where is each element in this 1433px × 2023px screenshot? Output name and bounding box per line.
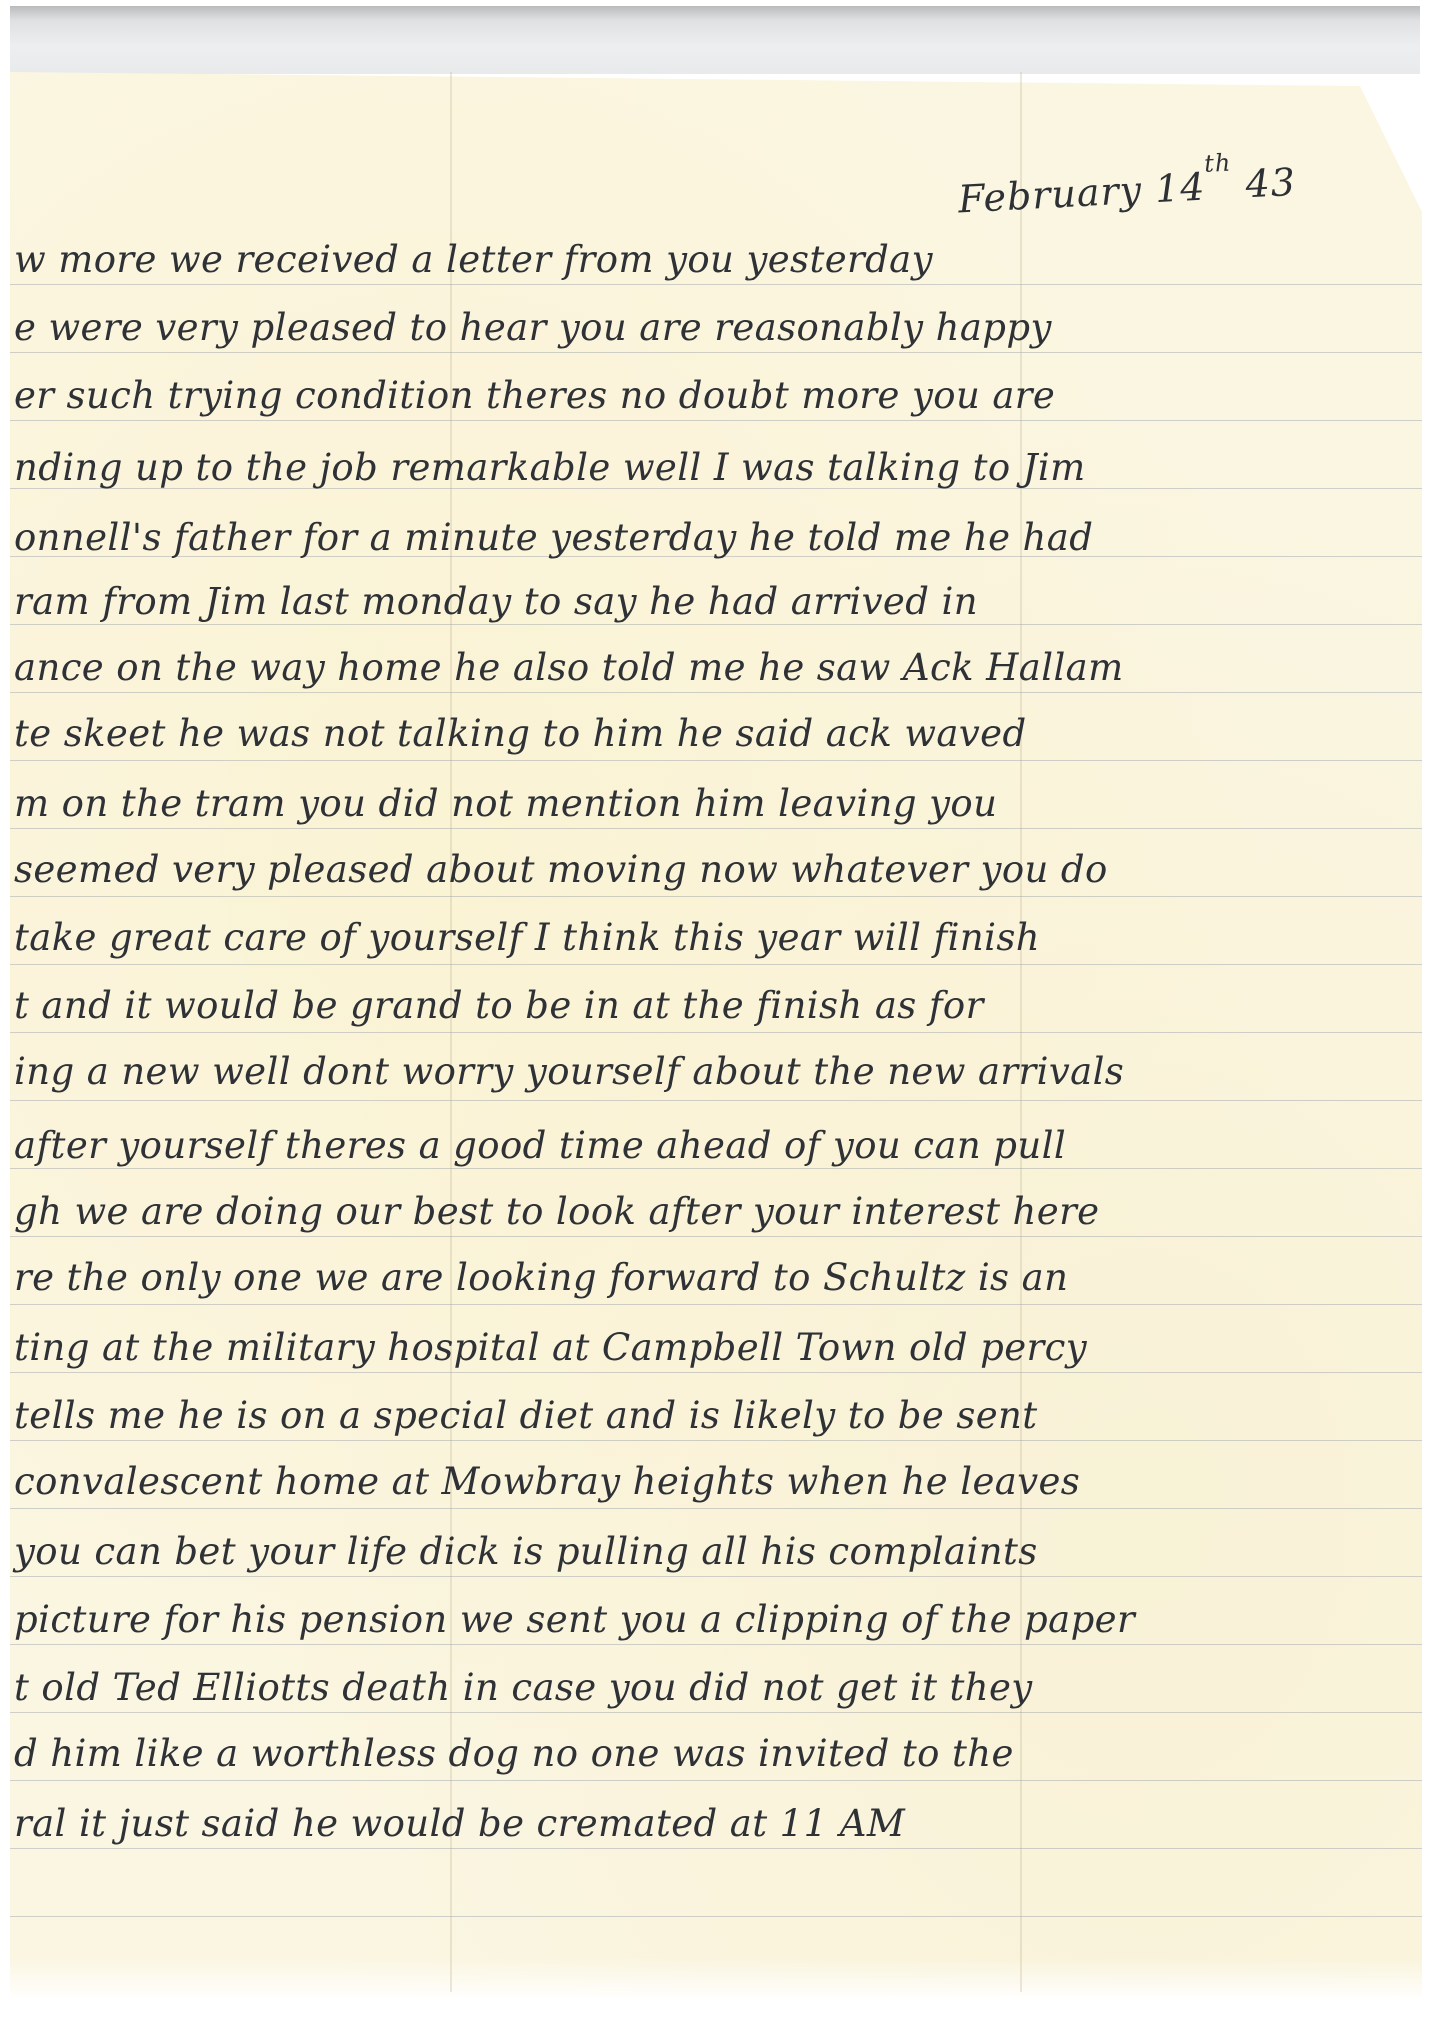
ruled-line [10,1304,1422,1305]
letter-line: seemed very pleased about moving now wha… [14,848,1108,891]
ruled-line [10,1032,1422,1033]
letter-line: m on the tram you did not mention him le… [14,782,997,825]
letter-line: onnell's father for a minute yesterday h… [14,516,1093,559]
ruled-line [10,1576,1422,1577]
ruled-line [10,1372,1422,1373]
letter-line: ram from Jim last monday to say he had a… [14,580,978,623]
ruled-line [10,624,1422,625]
letter-line: er such trying condition theres no doubt… [14,374,1055,417]
ruled-line [10,896,1422,897]
ruled-line [10,1168,1422,1169]
ruled-line [10,1916,1422,1917]
date-year: 43 [1244,160,1297,207]
letter-line: ance on the way home he also told me he … [14,646,1124,689]
letter-line: tells me he is on a special diet and is … [14,1394,1038,1437]
letter-line: ting at the military hospital at Campbel… [14,1326,1087,1369]
letter-line: t old Ted Elliotts death in case you did… [14,1666,1033,1709]
ruled-line [10,828,1422,829]
ruled-line [10,1644,1422,1645]
ruled-line [10,1440,1422,1441]
letter-line: ing a new well dont worry yourself about… [14,1050,1124,1093]
ruled-line [10,1100,1422,1101]
letter-line: gh we are doing our best to look after y… [14,1190,1099,1233]
letter-line: re the only one we are looking forward t… [14,1256,1068,1299]
ruled-line [10,352,1422,353]
ruled-line [10,1712,1422,1713]
letter-line: picture for his pension we sent you a cl… [14,1598,1135,1641]
letter-line: e were very pleased to hear you are reas… [14,306,1052,349]
ruled-line [10,1848,1422,1849]
letter-line: you can bet your life dick is pulling al… [14,1530,1038,1573]
letter-line: nding up to the job remarkable well I wa… [14,446,1086,489]
ruled-line [10,1780,1422,1781]
ruled-line [10,964,1422,965]
letter-line: w more we received a letter from you yes… [14,238,933,281]
scanner-background [10,6,1420,74]
letter-line: d him like a worthless dog no one was in… [14,1732,1014,1775]
ruled-line [10,760,1422,761]
letter-line: te skeet he was not talking to him he sa… [14,712,1027,755]
letter-line: after yourself theres a good time ahead … [14,1124,1066,1167]
ruled-line [10,692,1422,693]
ruled-line [10,1236,1422,1237]
ruled-line [10,284,1422,285]
letter-line: ral it just said he would be cremated at… [14,1802,905,1845]
date-ordinal: th [1203,149,1232,178]
ruled-line [10,1508,1422,1509]
letter-line: take great care of yourself I think this… [14,916,1040,959]
letter-line: t and it would be grand to be in at the … [14,984,984,1027]
ruled-line [10,420,1422,421]
letter-line: convalescent home at Mowbray heights whe… [14,1460,1080,1503]
